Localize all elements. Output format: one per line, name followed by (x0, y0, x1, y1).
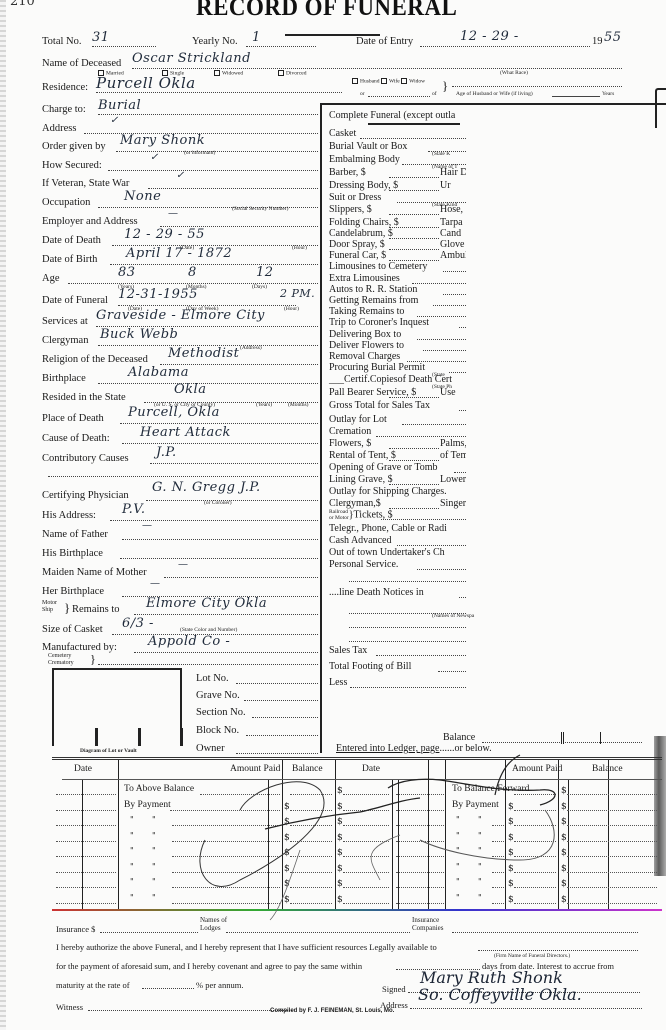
total-no-value[interactable]: 31 (92, 30, 110, 45)
charge-item-right: Ambul (440, 250, 466, 261)
charge-item[interactable]: Suit or Dress (329, 192, 381, 203)
year-prefix: 19 (592, 36, 603, 47)
deceased-name-label: Name of Deceased (42, 58, 121, 69)
charge-item-right: Hair Dr (440, 167, 466, 178)
ledger-entry-label: Entered into Ledger, page......or below. (336, 743, 492, 754)
charge-item[interactable]: Deliver Flowers to (329, 340, 404, 351)
grave-no-label: Grave No. (196, 690, 240, 701)
ledger-row-label: By Payment (124, 800, 171, 810)
charge-item[interactable]: Trip to Coroner's Inquest (329, 317, 429, 328)
charge-item[interactable]: Removal Charges (329, 351, 400, 362)
charge-item[interactable]: Slippers, $ (329, 204, 372, 215)
date-of-death-value[interactable]: 12 - 29 - 55 (124, 227, 205, 242)
clergyman-value[interactable]: Buck Webb (100, 327, 178, 342)
charge-item[interactable]: Sales Tax (329, 645, 367, 656)
marital-divorced[interactable]: Divorced (278, 70, 306, 76)
ledger-header-right-0: Date (362, 764, 380, 774)
spouse-of-label: of (432, 91, 437, 97)
her-birthplace-label: Her Birthplace (42, 586, 104, 597)
year-value[interactable]: 55 (604, 30, 622, 45)
date-of-entry-value[interactable]: 12 - 29 - (460, 29, 519, 44)
charge-item-right: Palms, $ (440, 438, 466, 449)
certifying-physician-value[interactable]: G. N. Gregg J.P. (152, 480, 261, 495)
certifying-physician-label: Certifying Physician (42, 490, 129, 501)
his-birthplace-label: His Birthplace (42, 548, 103, 559)
contributory-causes-label: Contributory Causes (42, 453, 129, 464)
manufactured-by-label: Manufactured by: (42, 642, 117, 653)
ledger-row-label: To Balance Forward (452, 784, 529, 794)
employer-value[interactable]: — (168, 208, 179, 219)
total-no-label: Total No. (42, 36, 82, 47)
yearly-no-value[interactable]: 1 (252, 30, 261, 45)
remains-to-value[interactable]: Elmore City Okla (146, 596, 267, 611)
charge-item[interactable]: Out of town Undertaker's Ch (329, 547, 445, 558)
lot-diagram-box[interactable] (52, 668, 182, 746)
ledger-header-left-2: Amount Paid (230, 764, 280, 774)
insurance-label: Insurance $ (56, 924, 95, 934)
witness-label: Witness (56, 1002, 83, 1012)
manufactured-by-value[interactable]: Appold Co - (148, 634, 230, 649)
charge-item[interactable]: Embalming Body (329, 154, 400, 165)
charge-to-value[interactable]: Burial (98, 98, 141, 113)
services-at-value[interactable]: Graveside - Elmore City (96, 308, 265, 323)
lot-diagram-label: Diagram of Lot or Vault (80, 748, 137, 754)
yearly-no-label: Yearly No. (192, 36, 238, 47)
charge-item-right: Loweri (440, 474, 466, 485)
date-of-death-label: Date of Death (42, 235, 101, 246)
funeral-hour-value[interactable]: 2 PM. (280, 287, 315, 300)
veteran-value[interactable]: ✓ (176, 170, 185, 181)
block-no-label: Block No. (196, 725, 239, 736)
lot-no-label: Lot No. (196, 673, 229, 684)
charge-item[interactable]: ....line Death Notices in (329, 587, 424, 598)
charge-item[interactable]: Opening of Grave or Tomb (329, 462, 438, 473)
veteran-label: If Veteran, State War (42, 178, 129, 189)
charge-item-right: Ur (440, 180, 466, 191)
cemetery-crematory-label: CemeteryCrematory (48, 653, 74, 667)
remains-to-label: Remains to (72, 604, 120, 615)
charge-item[interactable]: Limousines to Cemetery (329, 261, 427, 272)
religion-label: Religion of the Deceased (42, 354, 148, 365)
signed-label: Signed (382, 984, 406, 994)
charge-item[interactable]: Autos to R. R. Station (329, 284, 417, 295)
place-of-death-label: Place of Death (42, 413, 104, 424)
payment-ledger-table: DateAmount PaidBalanceDateAmount PaidBal… (52, 757, 662, 907)
section-no-label: Section No. (196, 707, 246, 718)
date-of-funeral-value[interactable]: 12-31-1955 (118, 287, 198, 302)
payment-covenant-text: for the payment of aforesaid sum, and I … (56, 961, 362, 971)
charge-item[interactable]: Candelabrum, $ (329, 228, 393, 239)
cause-of-death-label: Cause of Death: (42, 433, 110, 444)
charge-item[interactable]: Cremation (329, 426, 371, 437)
how-secured-label: How Secured: (42, 160, 102, 171)
lodges-label: Names ofLodges (200, 916, 227, 932)
occupation-value[interactable]: None (124, 189, 161, 204)
charge-item[interactable]: Door Spray, $ (329, 239, 385, 250)
charge-to-label: Charge to: (42, 104, 86, 115)
maiden-name-mother-label: Maiden Name of Mother (42, 567, 147, 578)
resided-in-state-label: Resided in the State (42, 392, 126, 403)
charge-item[interactable]: Procuring Burial Permit (329, 362, 425, 373)
employer-label: Employer and Address (42, 216, 138, 227)
contributory-causes-value[interactable]: J.P. (156, 445, 177, 460)
address-label: Address (42, 123, 76, 134)
charge-item[interactable]: Casket (329, 128, 356, 139)
age-label: Age (42, 273, 60, 284)
date-of-entry-label: Date of Entry (356, 36, 413, 47)
motor-ship-prefix: MotorShip (42, 600, 57, 614)
ledger-header-left-0: Date (74, 764, 92, 774)
charges-heading: Complete Funeral (except outla (329, 110, 455, 121)
signer-address-value[interactable]: So. Coffeyville Okla. (418, 985, 582, 1004)
charge-item-right: Hose, (440, 204, 466, 215)
residence-label: Residence: (42, 82, 88, 93)
per-annum-text: % per annum. (196, 980, 243, 990)
document-title: RECORD OF FUNERAL (196, 0, 457, 22)
charge-item-right: Cand (440, 228, 466, 239)
age-days-value[interactable]: 12 (256, 265, 274, 280)
charge-item[interactable]: Taking Remains to (329, 306, 404, 317)
charge-item-right: Singers,$ (440, 498, 466, 509)
charge-item[interactable]: Delivering Box to (329, 329, 401, 340)
his-address-label: His Address: (42, 510, 96, 521)
what-race-label: (What Race) (500, 70, 528, 76)
charge-item[interactable]: Burial Vault or Box (329, 141, 407, 152)
page-corner-number: 210 (10, 0, 35, 9)
deceased-name-value[interactable]: Oscar Strickland (132, 51, 251, 66)
maiden-name-mother-value[interactable]: — (178, 559, 189, 570)
charge-item-right: Glove (440, 239, 466, 250)
charge-item[interactable]: Gross Total for Sales Tax (329, 400, 430, 411)
insurance-companies-label: InsuranceCompanies (412, 916, 444, 932)
religion-value[interactable]: Methodist (168, 346, 239, 361)
resided-in-state-value[interactable]: Okla (174, 382, 206, 397)
age-years-value[interactable]: 83 (118, 265, 136, 280)
charge-item[interactable]: Personal Service. (329, 559, 398, 570)
charge-item-right: of Temp (440, 450, 466, 461)
size-of-casket-value[interactable]: 6/3 - (122, 616, 154, 631)
charge-item-right: Tarpa (440, 217, 466, 228)
authorization-text: I hereby authorize the above Funeral, an… (56, 942, 437, 952)
ledger-header-left-3: Balance (292, 764, 323, 774)
charge-item[interactable]: Funeral Car, $ (329, 250, 386, 261)
spouse-years-label: Years (602, 91, 614, 97)
charge-item-right: Use (440, 387, 466, 398)
binding-edge (0, 0, 6, 1030)
charge-item[interactable]: Clergyman,$ (329, 498, 381, 509)
charge-item[interactable]: Total Footing of Bill (329, 661, 411, 672)
compiled-by-credit: Compiled by F. J. FEINEMAN, St. Louis, M… (270, 1008, 394, 1014)
charge-item[interactable]: Outlay for Shipping Charges. (329, 486, 447, 497)
charge-item[interactable]: Lining Grave, $ (329, 474, 393, 485)
date-of-funeral-label: Date of Funeral (42, 295, 108, 306)
charge-item[interactable]: Telegr., Phone, Cable or Radi (329, 523, 447, 534)
charge-item[interactable]: Flowers, $ (329, 438, 371, 449)
how-secured-value[interactable]: ✓ (150, 152, 159, 163)
birthplace-value[interactable]: Alabama (128, 365, 189, 380)
maturity-text: maturity at the rate of (56, 980, 130, 990)
charge-item[interactable]: Dressing Body, $ (329, 180, 398, 191)
charge-item[interactable]: Barber, $ (329, 167, 366, 178)
place-of-death-value[interactable]: Purcell, Okla (128, 405, 220, 420)
clergyman-label: Clergyman (42, 335, 88, 346)
ledger-header-right-2: Amount Paid (512, 764, 562, 774)
his-address-value[interactable]: P.V. (122, 502, 146, 517)
funeral-record-page: 210 RECORD OF FUNERAL Total No. 31 Yearl… (0, 0, 666, 1030)
owner-label: Owner (196, 743, 225, 754)
occupation-label: Occupation (42, 197, 90, 208)
order-given-by-label: Order given by (42, 141, 106, 152)
spouse-age-label: Age of Husband or Wife (if living) (456, 91, 533, 97)
size-of-casket-label: Size of Casket (42, 624, 103, 635)
cause-of-death-value[interactable]: Heart Attack (140, 425, 231, 440)
charge-item[interactable]: Rental of Tent, $ (329, 450, 396, 461)
charge-item[interactable]: Extra Limousines (329, 273, 400, 284)
balance-label: Balance (443, 732, 475, 743)
charge-item[interactable]: Less (329, 677, 347, 688)
age-months-value[interactable]: 8 (188, 265, 197, 280)
date-of-birth-value[interactable]: April 17 - 1872 (126, 246, 232, 261)
services-at-label: Services at (42, 316, 88, 327)
spouse-options[interactable]: Husband Wife Widow (352, 78, 425, 84)
date-of-birth-label: Date of Birth (42, 254, 97, 265)
charge-item[interactable]: Getting Remains from (329, 295, 418, 306)
her-birthplace-value[interactable]: — (150, 578, 161, 589)
address-value[interactable]: ✓ (110, 115, 119, 126)
spouse-or-label: or (360, 91, 365, 97)
name-of-father-label: Name of Father (42, 529, 108, 540)
ledger-header-right-3: Balance (592, 764, 623, 774)
marital-widowed[interactable]: Widowed (214, 70, 243, 76)
charge-item[interactable]: Outlay for Lot (329, 414, 387, 425)
ledger-row-label: To Above Balance (124, 784, 194, 794)
order-given-by-value[interactable]: Mary Shonk (120, 133, 205, 148)
name-of-father-value[interactable]: — (142, 520, 153, 531)
residence-value[interactable]: Purcell Okla (96, 74, 196, 92)
charge-item[interactable]: Cash Advanced (329, 535, 392, 546)
firm-name-note: (Firm Name of Funeral Directors.) (494, 953, 570, 959)
ledger-row-label: By Payment (452, 800, 499, 810)
birthplace-label: Birthplace (42, 373, 86, 384)
